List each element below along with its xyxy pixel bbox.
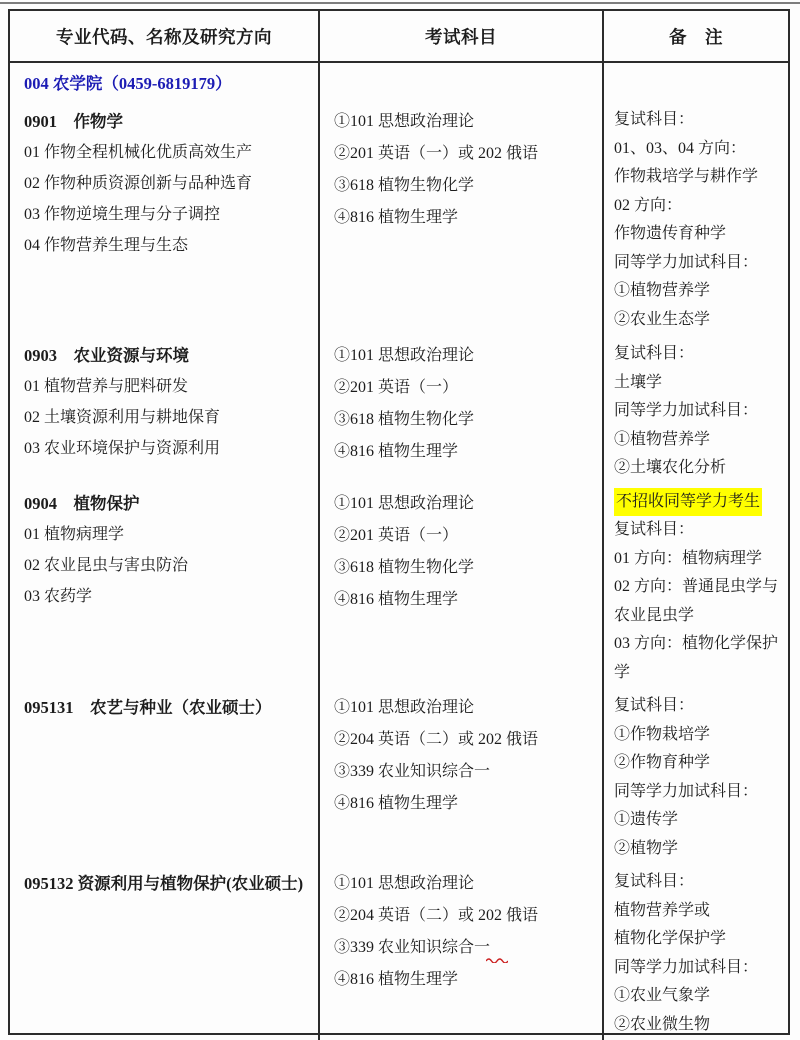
note-line: 农业昆虫学 xyxy=(614,602,788,631)
direction-line: 03 作物逆境生理与分子调控 xyxy=(24,199,318,230)
exam-line: ①101 思想政治理论 xyxy=(334,692,602,724)
note-line: ②土壤农化分析 xyxy=(614,454,788,483)
note-line: ①农业气象学 xyxy=(614,982,788,1011)
direction-line: 01 植物病理学 xyxy=(24,519,318,550)
exam-line: ②204 英语（二）或 202 俄语 xyxy=(334,724,602,756)
page-top-divider xyxy=(0,2,800,4)
note-line: 01、03、04 方向： xyxy=(614,135,788,164)
program-block-0904: 0904 植物保护 01 植物病理学 02 农业昆虫与害虫防治 03 农药学 ①… xyxy=(10,483,788,688)
program-notes-cell: 复试科目： ①作物栽培学 ②作物育种学 同等学力加试科目： ①遗传学 ②植物学 xyxy=(604,687,788,863)
exam-line: ④816 植物生理学 xyxy=(334,584,602,616)
program-notes-cell: 复试科目： 土壤学 同等学力加试科目： ①植物营养学 ②土壤农化分析 xyxy=(604,335,788,483)
program-exams-cell: ①101 思想政治理论 ②204 英语（二）或 202 俄语 ③339 农业知识… xyxy=(320,687,604,863)
exam-line: ②201 英语（一） xyxy=(334,520,602,552)
direction-line: 03 农业环境保护与资源利用 xyxy=(24,433,318,464)
college-row-exams-empty xyxy=(320,63,604,101)
direction-line: 02 土壤资源利用与耕地保育 xyxy=(24,402,318,433)
exam-line: ③618 植物生物化学 xyxy=(334,404,602,436)
program-title: 0904 植物保护 xyxy=(24,488,318,519)
admissions-table: 专业代码、名称及研究方向 考试科目 备 注 004 农学院（0459-68191… xyxy=(8,9,790,1035)
note-line: 01 方向：植物病理学 xyxy=(614,545,788,574)
exam-line: ④816 植物生理学 xyxy=(334,436,602,468)
program-exams-cell: ①101 思想政治理论 ②201 英语（一） ③618 植物生物化学 ④816 … xyxy=(320,483,604,688)
exam-line: ①101 思想政治理论 xyxy=(334,868,602,900)
exam-line: ③339 农业知识综合一 xyxy=(334,932,602,964)
note-line: ①作物栽培学 xyxy=(614,721,788,750)
program-majors-cell: 095132 资源利用与植物保护(农业硕士) xyxy=(10,863,320,1040)
note-line: 03 方向：植物化学保护 xyxy=(614,630,788,659)
direction-line: 01 作物全程机械化优质高效生产 xyxy=(24,137,318,168)
exam-line: ①101 思想政治理论 xyxy=(334,106,602,138)
exam-line: ①101 思想政治理论 xyxy=(334,340,602,372)
program-majors-cell: 095131 农艺与种业（农业硕士） xyxy=(10,687,320,863)
note-line: ①遗传学 xyxy=(614,806,788,835)
note-line: 02 方向：普通昆虫学与 xyxy=(614,573,788,602)
note-line: 作物遗传育种学 xyxy=(614,220,788,249)
program-title: 0903 农业资源与环境 xyxy=(24,340,318,371)
header-col-notes: 备 注 xyxy=(604,11,788,61)
header-col-exams: 考试科目 xyxy=(320,11,604,61)
note-line: 复试科目： xyxy=(614,516,788,545)
exam-line: ④816 植物生理学 xyxy=(334,202,602,234)
header-col-major: 专业代码、名称及研究方向 xyxy=(10,11,320,61)
direction-line: 03 农药学 xyxy=(24,581,318,612)
header-row: 专业代码、名称及研究方向 考试科目 备 注 xyxy=(10,11,788,63)
exam-line: ③618 植物生物化学 xyxy=(334,552,602,584)
spellcheck-squiggle-icon xyxy=(486,957,508,963)
note-line: 复试科目： xyxy=(614,868,788,897)
program-notes-cell: 复试科目： 植物营养学或 植物化学保护学 同等学力加试科目： ①农业气象学 ②农… xyxy=(604,863,788,1040)
exam-line-text: ③339 农业知识综合一 xyxy=(334,939,490,956)
note-line: 学 xyxy=(614,659,788,688)
note-line: 同等学力加试科目： xyxy=(614,397,788,426)
note-line: ②农业生态学 xyxy=(614,306,788,335)
note-line: ②作物育种学 xyxy=(614,749,788,778)
exam-line: ③618 植物生物化学 xyxy=(334,170,602,202)
note-line: 同等学力加试科目： xyxy=(614,954,788,983)
note-line: ②农业微生物 xyxy=(614,1011,788,1040)
exam-line: ②204 英语（二）或 202 俄语 xyxy=(334,900,602,932)
note-line: 同等学力加试科目： xyxy=(614,249,788,278)
note-line: ②植物学 xyxy=(614,835,788,864)
college-row-notes-empty xyxy=(604,63,788,101)
college-row: 004 农学院（0459-6819179） xyxy=(10,63,788,101)
note-line: 作物栽培学与耕作学 xyxy=(614,163,788,192)
exam-line: ④816 植物生理学 xyxy=(334,964,602,996)
note-line: 复试科目： xyxy=(614,692,788,721)
program-exams-cell: ①101 思想政治理论 ②201 英语（一）或 202 俄语 ③618 植物生物… xyxy=(320,101,604,335)
exam-line: ②201 英语（一） xyxy=(334,372,602,404)
program-block-095131: 095131 农艺与种业（农业硕士） ①101 思想政治理论 ②204 英语（二… xyxy=(10,687,788,863)
exam-line: ①101 思想政治理论 xyxy=(334,488,602,520)
exam-line: ②201 英语（一）或 202 俄语 xyxy=(334,138,602,170)
program-notes-cell: 不招收同等学力考生 复试科目： 01 方向：植物病理学 02 方向：普通昆虫学与… xyxy=(604,483,788,688)
note-line: 复试科目： xyxy=(614,340,788,369)
program-title: 0901 作物学 xyxy=(24,106,318,137)
program-exams-cell: ①101 思想政治理论 ②201 英语（一） ③618 植物生物化学 ④816 … xyxy=(320,335,604,483)
highlight-mark: 不招收同等学力考生 xyxy=(614,488,762,517)
note-line: 复试科目： xyxy=(614,106,788,135)
direction-line: 02 农业昆虫与害虫防治 xyxy=(24,550,318,581)
program-notes-cell: 复试科目： 01、03、04 方向： 作物栽培学与耕作学 02 方向： 作物遗传… xyxy=(604,101,788,335)
program-majors-cell: 0904 植物保护 01 植物病理学 02 农业昆虫与害虫防治 03 农药学 xyxy=(10,483,320,688)
program-block-095132: 095132 资源利用与植物保护(农业硕士) ①101 思想政治理论 ②204 … xyxy=(10,863,788,1040)
note-line: ①植物营养学 xyxy=(614,426,788,455)
direction-line: 04 作物营养生理与生态 xyxy=(24,230,318,261)
program-block-0901: 0901 作物学 01 作物全程机械化优质高效生产 02 作物种质资源创新与品种… xyxy=(10,101,788,335)
college-title: 004 农学院（0459-6819179） xyxy=(24,70,232,94)
direction-line: 02 作物种质资源创新与品种选育 xyxy=(24,168,318,199)
highlighted-note-line: 不招收同等学力考生 xyxy=(614,488,788,517)
note-line: 植物化学保护学 xyxy=(614,925,788,954)
program-title: 095132 资源利用与植物保护(农业硕士) xyxy=(24,868,318,899)
program-block-0903: 0903 农业资源与环境 01 植物营养与肥料研发 02 土壤资源利用与耕地保育… xyxy=(10,335,788,483)
exam-line: ④816 植物生理学 xyxy=(334,788,602,820)
program-title: 095131 农艺与种业（农业硕士） xyxy=(24,692,318,723)
program-exams-cell: ①101 思想政治理论 ②204 英语（二）或 202 俄语 ③339 农业知识… xyxy=(320,863,604,1040)
direction-line: 01 植物营养与肥料研发 xyxy=(24,371,318,402)
program-majors-cell: 0901 作物学 01 作物全程机械化优质高效生产 02 作物种质资源创新与品种… xyxy=(10,101,320,335)
note-line: 植物营养学或 xyxy=(614,897,788,926)
program-majors-cell: 0903 农业资源与环境 01 植物营养与肥料研发 02 土壤资源利用与耕地保育… xyxy=(10,335,320,483)
note-line: ①植物营养学 xyxy=(614,277,788,306)
note-line: 02 方向： xyxy=(614,192,788,221)
note-line: 同等学力加试科目： xyxy=(614,778,788,807)
note-line: 土壤学 xyxy=(614,369,788,398)
exam-line: ③339 农业知识综合一 xyxy=(334,756,602,788)
